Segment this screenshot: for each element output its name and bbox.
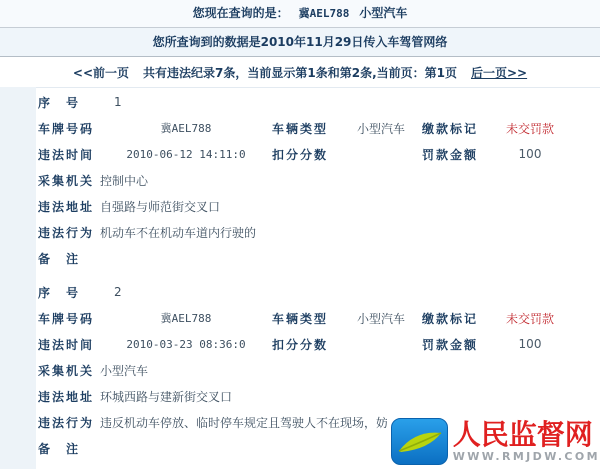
plate-value: 冀AEL788 [100, 120, 272, 136]
pay-flag-value: 未交罚款 [495, 120, 565, 137]
fine-label: 罚款金额 [422, 146, 495, 163]
agency-value: 控制中心 [100, 172, 600, 189]
remark-label: 备 注 [38, 440, 100, 457]
points-label: 扣分分数 [272, 336, 340, 353]
vehicle-type-value: 小型汽车 [340, 310, 422, 327]
vehicle-type-label: 车辆类型 [272, 120, 340, 137]
pagination-bar: <<前一页 共有违法纪录7条，当前显示第1条和第2条,当前页：第1页 后一页>> [0, 57, 600, 88]
vehicle-type-label: 车辆类型 [272, 310, 340, 327]
points-label: 扣分分数 [272, 146, 340, 163]
address-label: 违法地址 [38, 388, 100, 405]
violation-time-value: 2010-06-12 14:11:0 [100, 148, 272, 161]
violation-time-label: 违法时间 [38, 146, 100, 163]
plate-row: 车牌号码 冀AEL788 车辆类型 小型汽车 缴款标记 未交罚款 [38, 115, 600, 141]
serial-label: 序 号 [38, 94, 100, 111]
data-date-bar: 您所查询到的数据是2010年11月29日传入车驾管网络 [0, 28, 600, 57]
agency-row: 采集机关 小型汽车 [38, 357, 600, 383]
serial-row: 序 号 1 [38, 89, 600, 115]
address-value: 环城西路与建新街交叉口 [100, 388, 600, 405]
pay-flag-label: 缴款标记 [422, 120, 495, 137]
pay-flag-label: 缴款标记 [422, 310, 495, 327]
plate-label: 车牌号码 [38, 310, 100, 327]
agency-row: 采集机关 控制中心 [38, 167, 600, 193]
agency-value: 小型汽车 [100, 362, 600, 379]
remark-label: 备 注 [38, 250, 100, 267]
time-row: 违法时间 2010-06-12 14:11:0 扣分分数 罚款金额 100 [38, 141, 600, 167]
serial-value: 2 [100, 285, 122, 299]
serial-label: 序 号 [38, 284, 100, 301]
query-vehicle-type: 小型汽车 [359, 6, 407, 20]
agency-label: 采集机关 [38, 362, 100, 379]
serial-row: 序 号 2 [38, 279, 600, 305]
address-label: 违法地址 [38, 198, 100, 215]
pagination-summary: 共有违法纪录7条，当前显示第1条和第2条,当前页：第1页 [143, 64, 457, 81]
query-plate-number: 冀AEL788 [299, 7, 350, 20]
behavior-row: 违法行为 机动车不在机动车道内行驶的 [38, 219, 600, 245]
agency-label: 采集机关 [38, 172, 100, 189]
query-header-label: 您现在查询的是： [193, 6, 289, 20]
site-watermark-logo: 人民监督网 WWW.RMJDW.COM [387, 415, 600, 467]
address-row: 违法地址 自强路与师范街交叉口 [38, 193, 600, 219]
next-page-link[interactable]: 后一页>> [471, 64, 527, 81]
fine-label: 罚款金额 [422, 336, 495, 353]
violation-record-1: 序 号 1 车牌号码 冀AEL788 车辆类型 小型汽车 缴款标记 未交罚款 违… [38, 89, 600, 271]
violation-time-label: 违法时间 [38, 336, 100, 353]
address-value: 自强路与师范街交叉口 [100, 198, 600, 215]
plate-row: 车牌号码 冀AEL788 车辆类型 小型汽车 缴款标记 未交罚款 [38, 305, 600, 331]
logo-text-block: 人民监督网 WWW.RMJDW.COM [453, 420, 600, 463]
pay-flag-value: 未交罚款 [495, 310, 565, 327]
serial-value: 1 [100, 95, 122, 109]
logo-url: WWW.RMJDW.COM [453, 450, 600, 463]
violation-records-list: 序 号 1 车牌号码 冀AEL788 车辆类型 小型汽车 缴款标记 未交罚款 违… [0, 88, 600, 461]
fine-value: 100 [495, 337, 565, 351]
prev-page-link[interactable]: <<前一页 [73, 64, 129, 81]
behavior-label: 违法行为 [38, 414, 100, 431]
data-date-text: 您所查询到的数据是2010年11月29日传入车驾管网络 [153, 35, 448, 49]
behavior-label: 违法行为 [38, 224, 100, 241]
remark-row: 备 注 [38, 245, 600, 271]
fine-value: 100 [495, 147, 565, 161]
query-header-bar: 您现在查询的是：冀AEL788小型汽车 [0, 0, 600, 28]
violation-time-value: 2010-03-23 08:36:0 [100, 338, 272, 351]
address-row: 违法地址 环城西路与建新街交叉口 [38, 383, 600, 409]
plate-label: 车牌号码 [38, 120, 100, 137]
behavior-value: 机动车不在机动车道内行驶的 [100, 224, 600, 241]
leaf-app-icon [391, 418, 448, 465]
vehicle-type-value: 小型汽车 [340, 120, 422, 137]
plate-value: 冀AEL788 [100, 310, 272, 326]
time-row: 违法时间 2010-03-23 08:36:0 扣分分数 罚款金额 100 [38, 331, 600, 357]
logo-title: 人民监督网 [453, 420, 593, 450]
